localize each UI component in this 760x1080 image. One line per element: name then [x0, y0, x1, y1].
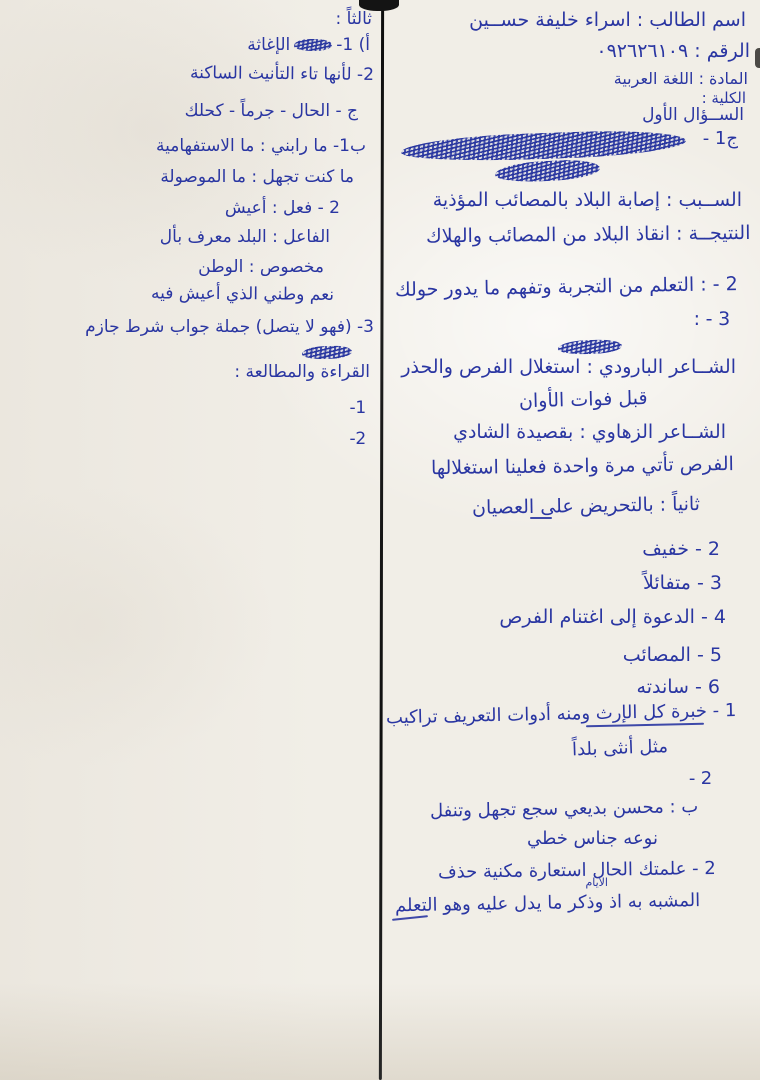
item-a-word: الإغاثة	[247, 35, 290, 55]
scribbled-crossed-out-word	[294, 39, 332, 51]
handwritten-line-istiara2: المشبه به اذ وذكر ما يدل عليه وهو التعلم	[395, 891, 700, 917]
handwritten-line-badee: ب : محسن بديعي سجع تجهل وتنفل	[430, 797, 699, 822]
handwritten-line-makhsoos: مخصوص : الوطن	[198, 258, 324, 278]
list-item-3: 3 - متفائلاً	[643, 573, 722, 595]
handwritten-line-result: النتيجــة : انقاذ البلاد من المصائب واله…	[425, 223, 750, 248]
third-section-heading: ثالثاً :	[335, 10, 372, 30]
answer-label-j1: ج1 -	[703, 129, 738, 150]
handwritten-line-verb: 2 - فعل : أعيش	[225, 199, 340, 219]
right-edge-scan-mark	[755, 48, 760, 68]
list-item-5: 5 - المصائب	[623, 645, 722, 667]
list-item-6: 6 - ساندته	[637, 677, 720, 699]
paper: اسم الطالب : اسراء خليفة حســين الرقم : …	[0, 0, 760, 1080]
handwritten-line-cause: الســبب : إصابة البلاد بالمصائب المؤذية	[433, 190, 742, 212]
superscript-note: الايام	[585, 877, 608, 890]
handwritten-line-shart: 3- (فهو لا يتصل) جملة جواب شرط جازم	[85, 318, 374, 338]
handwritten-line-reading: القراءة والمطالعة :	[234, 363, 370, 383]
handwritten-line-istiara: 2 - علمتك الحال استعارة مكنية حذف	[438, 859, 716, 884]
handwritten-line-taa: 2- لأنها تاء التأنيث الساكنة	[190, 64, 374, 85]
subject-line: المادة : اللغة العربية	[614, 70, 748, 88]
handwritten-line-watan: نعم وطني الذي أعيش فيه	[151, 284, 334, 305]
handwritten-line-zahawi2: الفرص تأتي مرة واحدة فعلينا استغلالها	[431, 454, 734, 480]
ink-underline	[530, 517, 552, 519]
list-item-2: 2 - خفيف	[642, 539, 720, 561]
handwritten-line-subject: الفاعل : البلد معرف بأل	[160, 228, 330, 248]
item-a-line: أ) 1-الإغاثة	[247, 36, 370, 56]
list-item-4: 4 - الدعوة إلى اغتنام الفرص	[499, 607, 726, 629]
scribbled-crossed-out-word	[302, 345, 352, 360]
question-title: الســؤال الأول	[642, 106, 744, 126]
handwritten-line-baroudi2: قبل فوات الأوان	[519, 388, 648, 413]
handwritten-line-zahawi: الشــاعر الزهاوي : بقصيدة الشادي	[453, 422, 726, 444]
item-a-prefix: أ) 1-	[336, 35, 370, 55]
handwritten-line-example: مثل أنثى بلداً	[572, 737, 669, 761]
handwritten-line-jinas: نوعه جناس خطي	[527, 829, 658, 850]
handwritten-line-haal: ج - الحال - جرماً - كحلك	[185, 102, 358, 122]
handwritten-line-blank1: 1-	[349, 399, 366, 419]
handwritten-line-item2-empty: 2 -	[689, 769, 712, 790]
scribbled-crossed-out-text	[401, 128, 687, 164]
handwritten-line-baroudi: الشــاعر البارودي : استغلال الفرص والحذر	[401, 357, 736, 379]
handwritten-line-maa2: ما كنت تجهل : ما الموصولة	[160, 168, 354, 188]
handwritten-line-blank2: 2-	[349, 430, 366, 450]
scribbled-crossed-out-word	[558, 339, 622, 355]
scribbled-crossed-out-text	[495, 158, 601, 183]
handwritten-line-maa1: ب1- ما رابني : ما الاستفهامية	[156, 137, 366, 157]
student-number-line: الرقم : ٠٩٢٦٢٦١٠٩	[596, 41, 750, 63]
paper-fold-line	[379, 0, 384, 1080]
handwritten-line-answer2: 2 - : التعلم من التجربة وتفهم ما يدور حو…	[395, 274, 738, 302]
handwritten-line-answer3: 3 - :	[694, 309, 730, 331]
handwritten-line-second: ثانياً : بالتحريض على العصيان	[472, 494, 700, 520]
student-name-line: اسم الطالب : اسراء خليفة حســين	[469, 10, 746, 32]
